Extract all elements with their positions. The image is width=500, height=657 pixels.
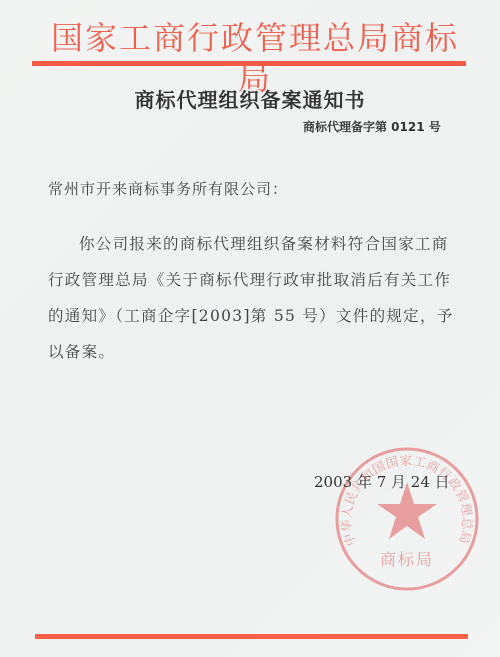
document-number: 商标代理备字第 0121 号 — [303, 118, 441, 135]
addressee: 常州市开来商标事务所有限公司： — [48, 178, 288, 199]
footer-divider — [35, 634, 468, 639]
official-seal: 中华人民共和国国家工商行政管理总局 商标局 — [334, 446, 480, 592]
letterhead-divider — [32, 61, 466, 66]
seal-label: 商标局 — [334, 547, 480, 570]
seal-ring-icon: 中华人民共和国国家工商行政管理总局 — [334, 446, 480, 592]
document-title: 商标代理组织备案通知书 — [0, 84, 500, 113]
issue-date: 2003 年 7 月 24 日 — [314, 471, 450, 492]
body-paragraph: 你公司报来的商标代理组织备案材料符合国家工商行政管理总局《关于商标代理行政审批取… — [48, 226, 460, 370]
document-page: 国家工商行政管理总局商标局 商标代理组织备案通知书 商标代理备字第 0121 号… — [0, 0, 500, 657]
